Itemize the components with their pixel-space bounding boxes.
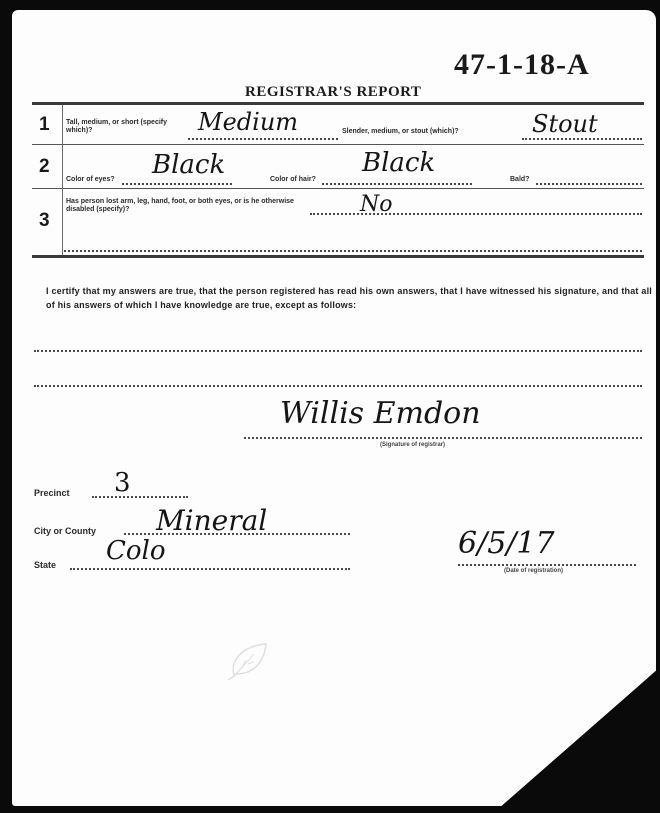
date-field-line <box>458 564 636 566</box>
build-label: Slender, medium, or stout (which)? <box>342 128 542 136</box>
height-value: Medium <box>198 108 298 136</box>
certification-text: I certify that my answers are true, that… <box>46 284 652 312</box>
registration-date-value: 6/5/17 <box>458 526 555 561</box>
table-number-column-divider <box>62 105 63 255</box>
hair-color-value: Black <box>362 148 435 178</box>
eye-color-value: Black <box>152 150 225 180</box>
height-label: Tall, medium, or short (specify which)? <box>66 119 186 135</box>
date-caption: (Date of registration) <box>504 568 563 574</box>
bald-label: Bald? <box>510 176 529 184</box>
build-field-line <box>522 138 642 140</box>
row-number-1: 1 <box>39 114 50 136</box>
build-value: Stout <box>532 110 598 138</box>
hair-color-label: Color of hair? <box>270 176 316 184</box>
hair-color-field-line <box>322 183 472 185</box>
precinct-label: Precinct <box>34 488 70 498</box>
disability-field-line-2 <box>64 250 642 252</box>
table-top-rule <box>32 102 644 105</box>
bald-field-line <box>536 183 642 185</box>
precinct-value: 3 <box>114 468 131 498</box>
registrar-signature: Willis Emdon <box>280 396 481 431</box>
city-county-label: City or County <box>34 526 96 536</box>
state-field-line <box>70 568 350 570</box>
leaf-watermark-icon <box>224 638 272 682</box>
state-label: State <box>34 560 56 570</box>
serial-number: 47-1-18-A <box>454 48 590 82</box>
eye-color-field-line <box>122 183 232 185</box>
signature-line <box>244 437 642 439</box>
disability-label: Has person lost arm, leg, hand, foot, or… <box>66 198 306 214</box>
city-county-field-line <box>124 533 350 535</box>
registrar-report-card: 47-1-18-A REGISTRAR'S REPORT 1 Tall, med… <box>12 10 656 806</box>
signature-caption: (Signature of registrar) <box>380 442 445 448</box>
row-divider-2 <box>32 188 644 189</box>
page-title: REGISTRAR'S REPORT <box>245 84 421 101</box>
row-divider-1 <box>32 144 644 145</box>
state-value: Colo <box>106 536 166 566</box>
table-bottom-rule <box>32 255 644 258</box>
row-number-3: 3 <box>39 210 50 232</box>
precinct-field-line <box>92 496 188 498</box>
row-number-2: 2 <box>39 156 50 178</box>
disability-field-line <box>310 213 642 215</box>
exceptions-line-1 <box>34 350 642 352</box>
exceptions-line-2 <box>34 385 642 387</box>
eye-color-label: Color of eyes? <box>66 176 115 184</box>
height-field-line <box>188 138 338 140</box>
